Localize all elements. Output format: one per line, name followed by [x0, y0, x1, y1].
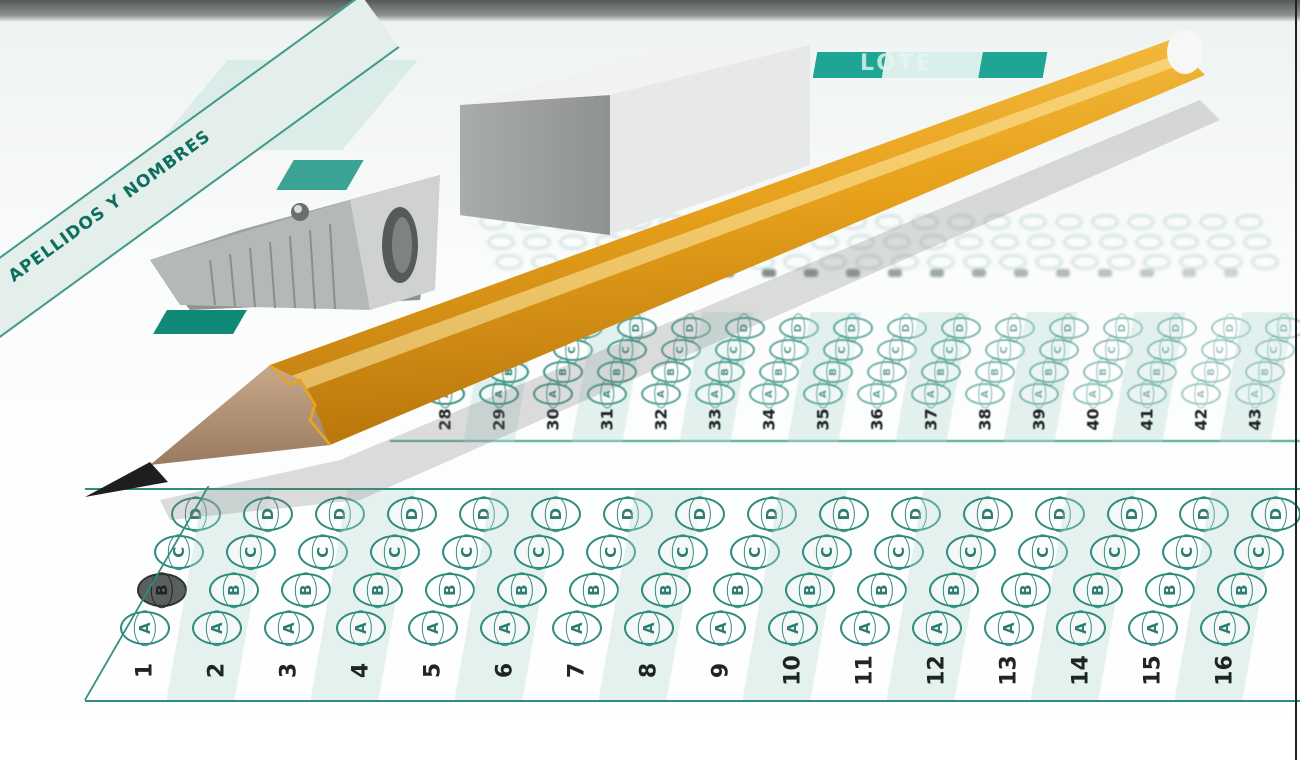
- bubble-letter: B: [1087, 572, 1109, 608]
- distant-number: [1224, 269, 1238, 277]
- answer-bubble-29-c[interactable]: C: [499, 339, 539, 361]
- question-number: 3: [277, 651, 302, 691]
- answer-bubble-14-a[interactable]: A: [1056, 611, 1106, 645]
- answer-bubble-6-b[interactable]: B: [497, 573, 547, 607]
- bubble-letter: A: [710, 610, 732, 646]
- bubble-letter: D: [522, 314, 536, 343]
- answer-bubble-35-d[interactable]: D: [833, 317, 873, 339]
- distant-number: [804, 269, 818, 277]
- answer-bubble-39-d[interactable]: D: [1049, 317, 1089, 339]
- distant-bubble: [740, 235, 766, 249]
- answer-bubble-15-a[interactable]: A: [1128, 611, 1178, 645]
- distant-bubble: [704, 235, 730, 249]
- answer-bubble-8-a[interactable]: A: [624, 611, 674, 645]
- bubble-letter: C: [1248, 534, 1270, 570]
- distant-bubble: [1164, 215, 1190, 229]
- answer-bubble-8-d[interactable]: D: [675, 497, 725, 531]
- bubble-letter: D: [1278, 314, 1292, 343]
- lote-banner-text: LOTE: [860, 51, 934, 76]
- bubble-letter: C: [456, 534, 478, 570]
- question-number: 34: [760, 400, 779, 440]
- bubble-letter: A: [1070, 610, 1092, 646]
- answer-bubble-16-a[interactable]: A: [1200, 611, 1250, 645]
- answer-bubble-39-b[interactable]: B: [1029, 361, 1069, 383]
- answer-bubble-42-b[interactable]: B: [1191, 361, 1231, 383]
- distant-bubble: [604, 255, 630, 269]
- distant-number: [1182, 269, 1196, 277]
- distant-number: [1140, 269, 1154, 277]
- distant-bubble: [1100, 235, 1126, 249]
- question-number: 31: [598, 400, 617, 440]
- answer-bubble-11-a[interactable]: A: [840, 611, 890, 645]
- block-border: [390, 440, 1300, 442]
- bubble-letter: B: [367, 572, 389, 608]
- bubble-letter: B: [943, 572, 965, 608]
- bubble-letter: A: [494, 610, 516, 646]
- answer-bubble-10-b[interactable]: B: [785, 573, 835, 607]
- distant-bubble: [596, 235, 622, 249]
- question-number: 42: [1192, 400, 1211, 440]
- answer-bubble-6-c[interactable]: C: [514, 535, 564, 569]
- answer-bubble-10-a[interactable]: A: [768, 611, 818, 645]
- answer-bubble-6-d[interactable]: D: [531, 497, 581, 531]
- answer-bubble-37-c[interactable]: C: [931, 339, 971, 361]
- answer-bubble-9-a[interactable]: A: [696, 611, 746, 645]
- distant-bubble: [496, 255, 522, 269]
- bubble-letter: D: [1062, 314, 1076, 343]
- bubble-letter: C: [1104, 534, 1126, 570]
- question-number: 1: [133, 651, 158, 691]
- distant-bubble: [1092, 215, 1118, 229]
- bubble-letter: D: [1224, 314, 1238, 343]
- bubble-letter: C: [1176, 534, 1198, 570]
- answer-bubble-15-b[interactable]: B: [1145, 573, 1195, 607]
- bubble-letter: D: [1170, 314, 1184, 343]
- distant-bubble: [1172, 235, 1198, 249]
- question-number: 41: [1138, 400, 1157, 440]
- distant-bubble: [524, 235, 550, 249]
- answer-bubble-12-b[interactable]: B: [929, 573, 979, 607]
- bubble-letter: C: [240, 534, 262, 570]
- distant-bubble: [840, 215, 866, 229]
- bubble-letter: D: [833, 496, 855, 532]
- bubble-letter: D: [468, 314, 482, 343]
- distant-bubble: [668, 235, 694, 249]
- answer-bubble-37-b[interactable]: B: [921, 361, 961, 383]
- bubble-letter: C: [1032, 534, 1054, 570]
- answer-bubble-37-d[interactable]: D: [941, 317, 981, 339]
- distant-bubble: [1128, 215, 1154, 229]
- bubble-letter: A: [422, 610, 444, 646]
- bubble-letter: A: [638, 610, 660, 646]
- answer-bubble-14-c[interactable]: C: [1090, 535, 1140, 569]
- answer-bubble-41-d[interactable]: D: [1157, 317, 1197, 339]
- answer-bubble-33-b[interactable]: B: [705, 361, 745, 383]
- distant-bubble: [956, 235, 982, 249]
- question-number: 4: [349, 651, 374, 691]
- bubble-letter: D: [689, 496, 711, 532]
- distant-bubble: [1208, 235, 1234, 249]
- bubble-letter: C: [384, 534, 406, 570]
- answer-bubble-14-b[interactable]: B: [1073, 573, 1123, 607]
- distant-number: [720, 269, 734, 277]
- distant-bubble: [532, 255, 558, 269]
- answer-bubble-43-b[interactable]: B: [1245, 361, 1285, 383]
- bubble-letter: D: [900, 314, 914, 343]
- distant-question-numbers: [720, 265, 1280, 285]
- question-number: 5: [421, 651, 446, 691]
- answer-bubble-12-d[interactable]: D: [963, 497, 1013, 531]
- distant-bubble: [984, 215, 1010, 229]
- bubble-letter: D: [738, 314, 752, 343]
- bubble-letter: C: [600, 534, 622, 570]
- bubble-letter: D: [630, 314, 644, 343]
- distant-number: [930, 269, 944, 277]
- answer-bubble-16-b[interactable]: B: [1217, 573, 1267, 607]
- answer-bubble-28-b[interactable]: B: [435, 361, 475, 383]
- bubble-letter: B: [223, 572, 245, 608]
- bubble-letter: B: [1231, 572, 1253, 608]
- bubble-letter: C: [312, 534, 334, 570]
- background-shadow: [0, 0, 1300, 22]
- answer-bubble-16-d[interactable]: D: [1251, 497, 1300, 531]
- answer-bubble-41-c[interactable]: C: [1147, 339, 1187, 361]
- distant-bubble: [640, 255, 666, 269]
- question-number: 14: [1069, 651, 1094, 691]
- question-number: 37: [922, 400, 941, 440]
- bubble-letter: B: [439, 572, 461, 608]
- question-number: 16: [1213, 651, 1238, 691]
- answer-bubble-1-b[interactable]: B: [137, 573, 187, 607]
- question-number: 7: [565, 651, 590, 691]
- distant-bubble: [992, 235, 1018, 249]
- answer-bubble-29-d[interactable]: D: [509, 317, 549, 339]
- distant-bubble: [884, 235, 910, 249]
- answer-bubble-3-b[interactable]: B: [281, 573, 331, 607]
- bubble-letter: B: [583, 572, 605, 608]
- answer-bubble-33-d[interactable]: D: [725, 317, 765, 339]
- answer-bubble-35-b[interactable]: B: [813, 361, 853, 383]
- distant-bubble: [812, 235, 838, 249]
- answer-bubble-12-c[interactable]: C: [946, 535, 996, 569]
- bubble-letter: D: [792, 314, 806, 343]
- answer-bubble-7-b[interactable]: B: [569, 573, 619, 607]
- bubble-letter: B: [295, 572, 317, 608]
- bubble-letter: D: [1121, 496, 1143, 532]
- answer-bubble-13-a[interactable]: A: [984, 611, 1034, 645]
- bubble-letter: D: [1008, 314, 1022, 343]
- answer-bubble-4-b[interactable]: B: [353, 573, 403, 607]
- distant-number: [1014, 269, 1028, 277]
- distant-bubble: [1056, 215, 1082, 229]
- distant-bubble: [632, 235, 658, 249]
- answer-bubble-6-a[interactable]: A: [480, 611, 530, 645]
- bubble-letter: C: [960, 534, 982, 570]
- question-number: 12: [925, 651, 950, 691]
- bubble-letter: D: [1265, 496, 1287, 532]
- question-number: 10: [781, 651, 806, 691]
- bubble-letter: C: [528, 534, 550, 570]
- bubble-letter: B: [511, 572, 533, 608]
- distant-bubble: [488, 235, 514, 249]
- answer-bubble-12-a[interactable]: A: [912, 611, 962, 645]
- answer-bubble-8-b[interactable]: B: [641, 573, 691, 607]
- answer-bubble-43-c[interactable]: C: [1255, 339, 1295, 361]
- bubble-letter: C: [744, 534, 766, 570]
- bubble-letter: D: [954, 314, 968, 343]
- bubble-letter: A: [1142, 610, 1164, 646]
- bubble-letter: C: [888, 534, 910, 570]
- bubble-letter: A: [998, 610, 1020, 646]
- question-number: 40: [1084, 400, 1103, 440]
- question-number: 6: [493, 651, 518, 691]
- answer-bubble-3-a[interactable]: A: [264, 611, 314, 645]
- bubble-letter: C: [672, 534, 694, 570]
- bubble-letter: A: [1214, 610, 1236, 646]
- bubble-letter: D: [1116, 314, 1130, 343]
- answer-bubble-10-c[interactable]: C: [802, 535, 852, 569]
- answer-bubble-4-c[interactable]: C: [370, 535, 420, 569]
- answer-bubble-33-c[interactable]: C: [715, 339, 755, 361]
- distant-number: [1056, 269, 1070, 277]
- bubble-letter: D: [401, 496, 423, 532]
- question-number: 43: [1246, 400, 1265, 440]
- bubble-letter: B: [1159, 572, 1181, 608]
- answer-bubble-4-d[interactable]: D: [387, 497, 437, 531]
- answer-block-lower: ABCD1ABCD2ABCD3ABCD4ABCD5ABCD6ABCD7ABCD8…: [85, 488, 1300, 702]
- distant-bubble: [1244, 235, 1270, 249]
- question-number: 32: [652, 400, 671, 440]
- bubble-letter: B: [871, 572, 893, 608]
- answer-block-upper: ABCD28ABCD29ABCD30ABCD31ABCD32ABCD33ABCD…: [390, 312, 1300, 442]
- answer-bubble-9-b[interactable]: B: [713, 573, 763, 607]
- distant-bubble: [776, 235, 802, 249]
- bubble-letter: A: [854, 610, 876, 646]
- photo-scene: APELLIDOS Y NOMBRES LOTE ABCD28ABCD29ABC…: [0, 0, 1300, 760]
- image-border: [1295, 0, 1297, 760]
- distant-number: [1098, 269, 1112, 277]
- answer-bubble-32-b[interactable]: B: [651, 361, 691, 383]
- question-number: 8: [637, 651, 662, 691]
- question-number: 36: [868, 400, 887, 440]
- bubble-letter: A: [782, 610, 804, 646]
- bubble-letter: A: [278, 610, 300, 646]
- question-number: 13: [997, 651, 1022, 691]
- answer-bubble-4-a[interactable]: A: [336, 611, 386, 645]
- question-number: 35: [814, 400, 833, 440]
- distant-bubble: [1236, 215, 1262, 229]
- distant-bubble: [1136, 235, 1162, 249]
- bubble-letter: B: [799, 572, 821, 608]
- answer-bubble-31-c[interactable]: C: [607, 339, 647, 361]
- distant-number: [846, 269, 860, 277]
- question-number: 38: [976, 400, 995, 440]
- distant-number: [888, 269, 902, 277]
- answer-bubble-2-d[interactable]: D: [243, 497, 293, 531]
- answer-bubble-29-b[interactable]: B: [489, 361, 529, 383]
- bubble-letter: A: [926, 610, 948, 646]
- answer-bubble-38-b[interactable]: B: [975, 361, 1015, 383]
- distant-bubble: [1064, 235, 1090, 249]
- answer-bubble-2-a[interactable]: A: [192, 611, 242, 645]
- question-number: 9: [709, 651, 734, 691]
- bubble-letter: D: [576, 314, 590, 343]
- distant-bubble: [1028, 235, 1054, 249]
- answer-bubble-40-b[interactable]: B: [1083, 361, 1123, 383]
- answer-bubble-34-b[interactable]: B: [759, 361, 799, 383]
- distant-bubble: [1200, 215, 1226, 229]
- distant-bubble: [920, 235, 946, 249]
- answer-bubble-7-a[interactable]: A: [552, 611, 602, 645]
- sharpener-icon: [150, 170, 450, 340]
- question-number: 30: [544, 400, 563, 440]
- distant-bubble: [848, 235, 874, 249]
- distant-bubble: [568, 255, 594, 269]
- distant-bubble: [1020, 215, 1046, 229]
- bubble-letter: B: [727, 572, 749, 608]
- bubble-letter: D: [977, 496, 999, 532]
- answer-bubble-5-a[interactable]: A: [408, 611, 458, 645]
- distant-bubble: [912, 215, 938, 229]
- answer-bubble-36-b[interactable]: B: [867, 361, 907, 383]
- bubble-letter: D: [684, 314, 698, 343]
- answer-bubble-5-b[interactable]: B: [425, 573, 475, 607]
- eraser-icon: [460, 45, 810, 235]
- question-number: 28: [436, 400, 455, 440]
- question-number: 33: [706, 400, 725, 440]
- bubble-letter: D: [545, 496, 567, 532]
- answer-bubble-31-d[interactable]: D: [617, 317, 657, 339]
- answer-bubble-35-c[interactable]: C: [823, 339, 863, 361]
- bubble-letter: A: [350, 610, 372, 646]
- answer-bubble-41-b[interactable]: B: [1137, 361, 1177, 383]
- answer-bubble-10-d[interactable]: D: [819, 497, 869, 531]
- distant-bubble: [676, 255, 702, 269]
- answer-bubble-13-b[interactable]: B: [1001, 573, 1051, 607]
- bubble-letter: A: [566, 610, 588, 646]
- question-number: 29: [490, 400, 509, 440]
- question-number: 39: [1030, 400, 1049, 440]
- answer-bubble-16-c[interactable]: C: [1234, 535, 1284, 569]
- question-number: 11: [853, 651, 878, 691]
- answer-bubble-2-c[interactable]: C: [226, 535, 276, 569]
- bubble-letter: C: [816, 534, 838, 570]
- distant-number: [972, 269, 986, 277]
- distant-bubble: [948, 215, 974, 229]
- bubble-letter: B: [1015, 572, 1037, 608]
- question-number: 2: [205, 651, 230, 691]
- question-number: 15: [1141, 651, 1166, 691]
- answer-bubble-39-c[interactable]: C: [1039, 339, 1079, 361]
- bubble-letter: D: [257, 496, 279, 532]
- answer-bubble-2-b[interactable]: B: [209, 573, 259, 607]
- answer-bubble-8-c[interactable]: C: [658, 535, 708, 569]
- distant-number: [762, 269, 776, 277]
- bubble-letter: A: [134, 610, 156, 646]
- answer-bubble-30-b[interactable]: B: [543, 361, 583, 383]
- bubble-letter: A: [206, 610, 228, 646]
- distant-bubble: [560, 235, 586, 249]
- bubble-letter: D: [846, 314, 860, 343]
- bubble-letter: B: [655, 572, 677, 608]
- answer-bubble-11-b[interactable]: B: [857, 573, 907, 607]
- distant-bubble: [876, 215, 902, 229]
- answer-bubble-31-b[interactable]: B: [597, 361, 637, 383]
- answer-bubble-14-d[interactable]: D: [1107, 497, 1157, 531]
